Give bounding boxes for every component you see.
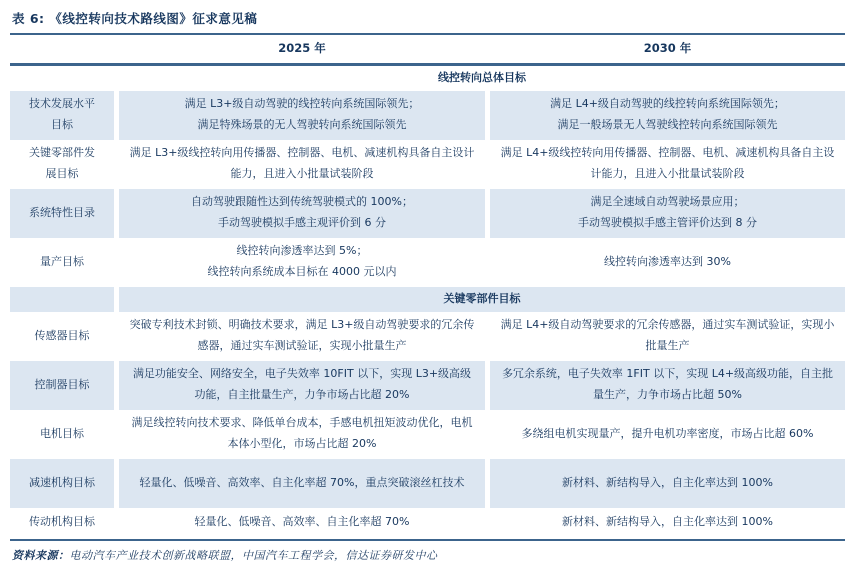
cell-2030: 多绕组电机实现量产，提升电机功率密度，市场占比超 60% xyxy=(490,410,845,459)
cell-2030: 线控转向渗透率达到 30% xyxy=(490,238,845,287)
section-label-spacer xyxy=(10,287,114,312)
cell-2025: 满足 L3+级线控转向用传播器、控制器、电机、减速机构具备自主设计能力，且进入小… xyxy=(119,140,485,189)
table-row-tech-level: 技术发展水平目标 满足 L3+级自动驾驶的线控转向系统国际领先； 满足特殊场景的… xyxy=(10,91,845,140)
row-label: 传感器目标 xyxy=(10,312,114,361)
table-row-sensor: 传感器目标 突破专利技术封锁、明确技术要求，满足 L3+级自动驾驶要求的冗余传感… xyxy=(10,312,845,361)
row-label: 传动机构目标 xyxy=(10,508,114,538)
cell-2025: 自动驾驶跟随性达到传统驾驶模式的 100%； 手动驾驶模拟手感主观评价到 6 分 xyxy=(119,189,485,238)
row-label: 关键零部件发展目标 xyxy=(10,140,114,189)
cell-2030: 新材料、新结构导入，自主化率达到 100% xyxy=(490,508,845,538)
section-title-overall: 线控转向总体目标 xyxy=(119,66,845,91)
cell-2030: 满足 L4+级自动驾驶要求的冗余传感器，通过实车测试验证，实现小批量生产 xyxy=(490,312,845,361)
cell-2030: 新材料、新结构导入，自主化率达到 100% xyxy=(490,459,845,508)
section-title-components: 关键零部件目标 xyxy=(119,287,845,312)
section-label-spacer xyxy=(10,66,114,91)
cell-2030: 满足全速域自动驾驶场景应用； 手动驾驶模拟手感主管评价达到 8 分 xyxy=(490,189,845,238)
source-label: 资料来源： xyxy=(12,549,70,562)
row-label: 控制器目标 xyxy=(10,361,114,410)
cell-2025: 满足线控转向技术要求、降低单台成本，手感电机扭矩波动优化，电机本体小型化，市场占… xyxy=(119,410,485,459)
research-report-table: 表 6: 《线控转向技术路线图》征求意见稿 2025 年 2030 年 线控转向… xyxy=(0,0,861,563)
table-row-controller: 控制器目标 满足功能安全、网络安全，电子失效率 10FIT 以下，实现 L3+级… xyxy=(10,361,845,410)
cell-2025: 突破专利技术封锁、明确技术要求，满足 L3+级自动驾驶要求的冗余传感器，通过实车… xyxy=(119,312,485,361)
table-row-motor: 电机目标 满足线控转向技术要求、降低单台成本，手感电机扭矩波动优化，电机本体小型… xyxy=(10,410,845,459)
table-row-transmission: 传动机构目标 轻量化、低噪音、高效率、自主化率超 70% 新材料、新结构导入，自… xyxy=(10,508,845,538)
cell-2025: 轻量化、低噪音、高效率、自主化率超 70%，重点突破滚丝杠技术 xyxy=(119,459,485,508)
header-label-spacer xyxy=(10,46,114,52)
row-label: 系统特性目录 xyxy=(10,189,114,238)
table-row-mass-production: 量产目标 线控转向渗透率达到 5%； 线控转向系统成本目标在 4000 元以内 … xyxy=(10,238,845,287)
cell-2025: 满足功能安全、网络安全，电子失效率 10FIT 以下，实现 L3+级高级功能，自… xyxy=(119,361,485,410)
cell-2030: 满足 L4+级线控转向用传播器、控制器、电机、减速机构具备自主设计能力，且进入小… xyxy=(490,140,845,189)
cell-2025: 满足 L3+级自动驾驶的线控转向系统国际领先； 满足特殊场景的无人驾驶转向系统国… xyxy=(119,91,485,140)
section-header-row-components: 关键零部件目标 xyxy=(10,287,845,312)
source-text: 电动汽车产业技术创新战略联盟，中国汽车工程学会，信达证券研发中心 xyxy=(70,549,438,562)
column-header-2025: 2025 年 xyxy=(119,35,485,63)
table-header-row: 2025 年 2030 年 xyxy=(10,35,845,63)
source-note: 资料来源：电动汽车产业技术创新战略联盟，中国汽车工程学会，信达证券研发中心 xyxy=(10,541,845,563)
row-label: 电机目标 xyxy=(10,410,114,459)
cell-2030: 满足 L4+级自动驾驶的线控转向系统国际领先； 满足一般场景无人驾驶线控转向系统… xyxy=(490,91,845,140)
table-row-reducer: 减速机构目标 轻量化、低噪音、高效率、自主化率超 70%，重点突破滚丝杠技术 新… xyxy=(10,459,845,508)
cell-2025: 轻量化、低噪音、高效率、自主化率超 70% xyxy=(119,508,485,538)
cell-2030: 多冗余系统，电子失效率 1FIT 以下，实现 L4+级高级功能，自主批量生产，力… xyxy=(490,361,845,410)
table-row-key-components-dev: 关键零部件发展目标 满足 L3+级线控转向用传播器、控制器、电机、减速机构具备自… xyxy=(10,140,845,189)
page-title: 表 6: 《线控转向技术路线图》征求意见稿 xyxy=(10,7,845,33)
row-label: 量产目标 xyxy=(10,238,114,287)
column-header-2030: 2030 年 xyxy=(490,35,845,63)
cell-2025: 线控转向渗透率达到 5%； 线控转向系统成本目标在 4000 元以内 xyxy=(119,238,485,287)
row-label: 减速机构目标 xyxy=(10,459,114,508)
table-row-system-traits: 系统特性目录 自动驾驶跟随性达到传统驾驶模式的 100%； 手动驾驶模拟手感主观… xyxy=(10,189,845,238)
section-header-row-overall: 线控转向总体目标 xyxy=(10,66,845,91)
row-label: 技术发展水平目标 xyxy=(10,91,114,140)
